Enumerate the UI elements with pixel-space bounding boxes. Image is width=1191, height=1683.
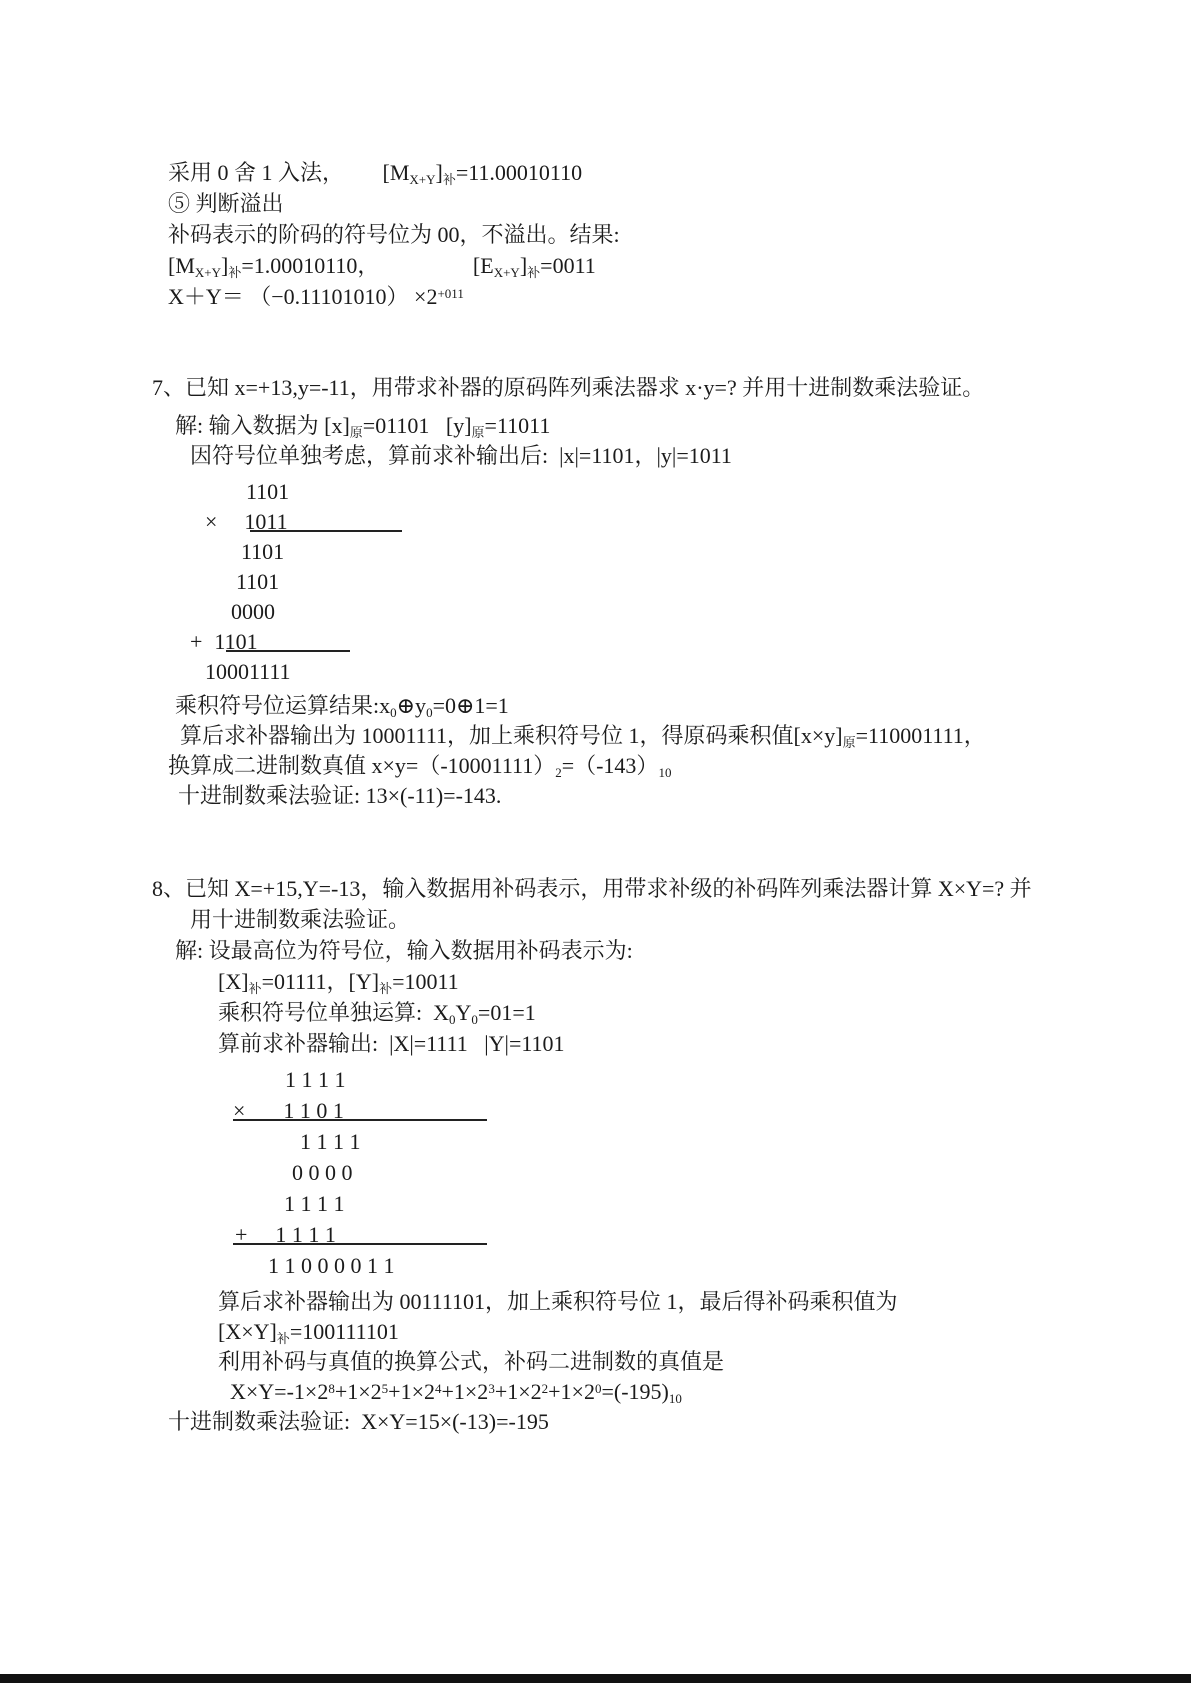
overflow-conclusion-line: 补码表示的阶码的符号位为 00，不溢出。结果: bbox=[168, 219, 620, 250]
mult-row-multiplicand: 1101 bbox=[152, 477, 1092, 507]
mult-row-partial-2: 1101 bbox=[152, 567, 1092, 597]
mult-row-partial-4: +1101 bbox=[152, 627, 1092, 657]
mantissa-exponent-result-line: [MX+Y]补=1.00010110， [EX+Y]补=0011 bbox=[168, 250, 620, 281]
mult-row-result: 1 1 0 0 0 0 1 1 bbox=[152, 1250, 1112, 1281]
q8-inputs-line: [X]补=01111，[Y]补=10011 bbox=[152, 966, 1112, 997]
mult-row-partial-2: 0 0 0 0 bbox=[152, 1157, 1112, 1188]
last-partial-digits: 1 1 1 1 bbox=[275, 1222, 336, 1247]
q8-after-complement-line: 算后求补器输出为 00111101，加上乘积符号位 1，最后得补码乘积值为 bbox=[152, 1287, 1112, 1317]
q7-sign-note: 因符号位单独考虑，算前求补输出后: |x|=1101，|y|=1011 bbox=[152, 441, 1092, 471]
q8-solution-line: 解: 设最高位为符号位，输入数据用补码表示为: bbox=[152, 935, 1112, 966]
bottom-scan-bar bbox=[0, 1674, 1191, 1683]
times-sign: × bbox=[233, 1095, 245, 1126]
mult-row-partial-1: 1 1 1 1 bbox=[152, 1126, 1112, 1157]
final-sum-line: X＋Y＝ （−0.11101010） ×2+011 bbox=[168, 281, 620, 312]
q7-sign-result-line: 乘积符号位运算结果:x0⊕y0=0⊕1=1 bbox=[152, 691, 1092, 721]
q8-true-value-line: X×Y=-1×28+1×25+1×24+1×23+1×22+1×20=(-195… bbox=[152, 1377, 1112, 1407]
q8-conclusion-block: 算后求补器输出为 00111101，加上乘积符号位 1，最后得补码乘积值为 [X… bbox=[152, 1287, 1112, 1437]
multiplier-digits: 1 1 0 1 bbox=[283, 1098, 344, 1123]
overflow-check-heading: ⑤ 判断溢出 bbox=[168, 188, 620, 219]
q8-sign-calc-line: 乘积符号位单独运算: X0Y0=01=1 bbox=[152, 997, 1112, 1028]
q7-true-value-line: 换算成二进制数真值 x×y=（-10001111）2=（-143）10 bbox=[152, 751, 1092, 781]
q8-multiplication-block: 1 1 1 1 ×1 1 0 1 1 1 1 1 0 0 0 0 1 1 1 1… bbox=[152, 1064, 1112, 1281]
multiplier-digits: 1011 bbox=[244, 509, 287, 534]
plus-sign: + bbox=[190, 627, 202, 657]
rounding-rule-line: 采用 0 舍 1 入法， [MX+Y]补=11.00010110 bbox=[168, 157, 620, 188]
last-partial-digits: 1101 bbox=[214, 629, 257, 654]
q7-solution-line: 解: 输入数据为 [x]原=01101 [y]原=11011 bbox=[152, 411, 1092, 441]
floating-point-result-section: 采用 0 舍 1 入法， [MX+Y]补=11.00010110 ⑤ 判断溢出 … bbox=[168, 157, 620, 312]
question-8-header-line-1: 8、已知 X=+15,Y=-13，输入数据用补码表示，用带求补级的补码阵列乘法器… bbox=[152, 873, 1112, 904]
document-page: 采用 0 舍 1 入法， [MX+Y]补=11.00010110 ⑤ 判断溢出 … bbox=[0, 0, 1191, 1683]
mult-row-multiplicand: 1 1 1 1 bbox=[152, 1064, 1112, 1095]
mult-row-result: 10001111 bbox=[152, 657, 1092, 687]
q7-after-complement-line: 算后求补器输出为 10001111，加上乘积符号位 1，得原码乘积值[x×y]原… bbox=[152, 721, 1092, 751]
q8-formula-note-line: 利用补码与真值的换算公式，补码二进制数的真值是 bbox=[152, 1347, 1112, 1377]
q8-decimal-check-line: 十进制数乘法验证: X×Y=15×(-13)=-195 bbox=[152, 1407, 1112, 1437]
mult-row-partial-3: 1 1 1 1 bbox=[152, 1188, 1112, 1219]
question-8-header-line-2: 用十进制数乘法验证。 bbox=[152, 904, 1112, 935]
q8-pre-complement-line: 算前求补器输出: |X|=1111 |Y|=1101 bbox=[152, 1028, 1112, 1059]
question-8-section: 8、已知 X=+15,Y=-13，输入数据用补码表示，用带求补级的补码阵列乘法器… bbox=[152, 873, 1112, 1437]
mult-row-partial-4: +1 1 1 1 bbox=[152, 1219, 1112, 1250]
plus-sign: + bbox=[235, 1219, 247, 1250]
question-7-header: 7、已知 x=+13,y=-11，用带求补器的原码阵列乘法器求 x·y=? 并用… bbox=[152, 373, 1092, 403]
q7-decimal-check-line: 十进制数乘法验证: 13×(-11)=-143. bbox=[152, 781, 1092, 811]
mult-row-partial-3: 0000 bbox=[152, 597, 1092, 627]
mult-row-partial-1: 1101 bbox=[152, 537, 1092, 567]
q7-multiplication-block: 1101 ×1011 1101 1101 0000 +1101 10001111 bbox=[152, 477, 1092, 687]
mult-row-multiplier: ×1011 bbox=[152, 507, 1092, 537]
times-sign: × bbox=[205, 507, 217, 537]
question-7-section: 7、已知 x=+13,y=-11，用带求补器的原码阵列乘法器求 x·y=? 并用… bbox=[152, 373, 1092, 811]
q8-product-value-line: [X×Y]补=100111101 bbox=[152, 1317, 1112, 1347]
mult-row-multiplier: ×1 1 0 1 bbox=[152, 1095, 1112, 1126]
